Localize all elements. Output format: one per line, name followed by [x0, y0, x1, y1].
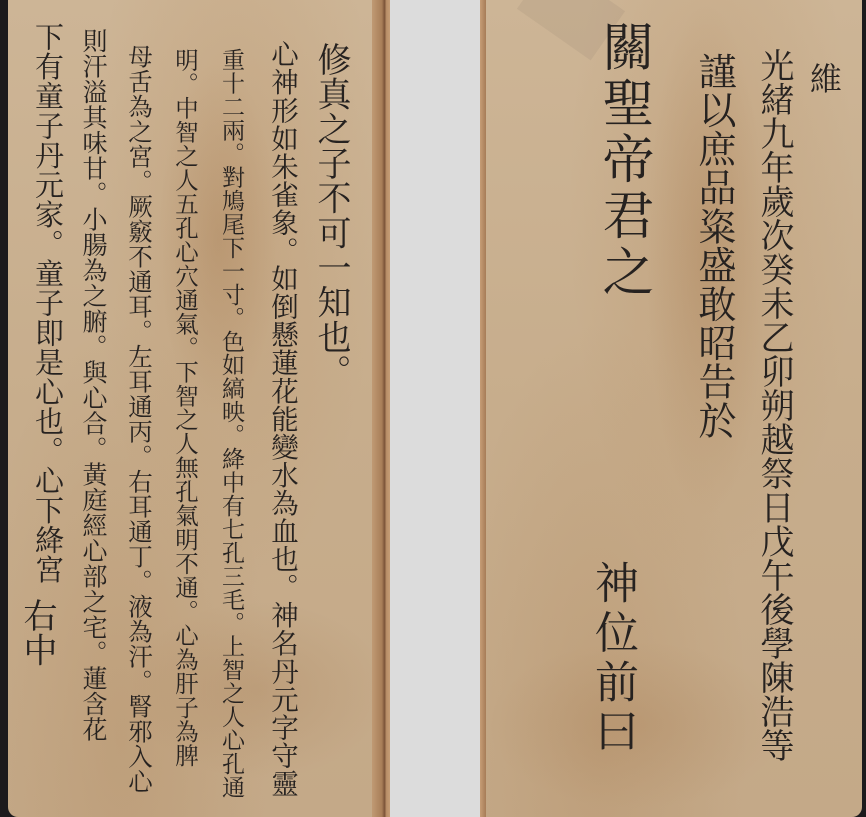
text-column: 謹以庶品粢盛敢昭告於 [692, 52, 736, 440]
text-column: 神位前曰 [586, 560, 638, 757]
text-column-title: 修真之子不可一知也。 [311, 42, 351, 389]
manuscript-viewer: 修真之子不可一知也。 心神形如朱雀象。如倒懸蓮花能變水為血也。神名丹元字守靈 重… [0, 0, 866, 817]
text-column: 重十二兩。對鳩尾下一寸。色如縞映。絳中有七孔三毛。上智之人心孔通 [214, 48, 248, 799]
water-stain [128, 600, 386, 780]
right-page: 維 光緒九年歲次癸未乙卯朔越祭日戊午後學陳浩等 謹以庶品粢盛敢昭告於 關聖帝君之… [486, 0, 862, 817]
page-gutter [390, 0, 480, 817]
text-column: 維 [804, 62, 844, 95]
text-column: 光緒九年歲次癸未乙卯朔越祭日戊午後學陳浩等 [754, 48, 794, 762]
text-column: 右中 [18, 598, 56, 667]
text-column: 明。中智之人五孔心穴通氣。下智之人無孔氣明不通。心為肝子為脾 [168, 48, 202, 767]
text-column: 心神形如朱雀象。如倒懸蓮花能變水為血也。神名丹元字守靈 [264, 40, 300, 797]
text-column: 關聖帝君之 [594, 20, 652, 301]
text-column: 下有童子丹元家。童子即是心也。心下絳宮 [30, 22, 66, 584]
text-column: 母舌為之宮。厥竅不通耳。左耳通丙。右耳通丁。液為汗。腎邪入心 [122, 44, 156, 794]
text-column: 則汗溢其味甘。小腸為之腑。與心合。黃庭經心部之宅。蓮含花 [76, 28, 110, 742]
page-binding-edge [372, 0, 390, 817]
left-page: 修真之子不可一知也。 心神形如朱雀象。如倒懸蓮花能變水為血也。神名丹元字守靈 重… [8, 0, 386, 817]
